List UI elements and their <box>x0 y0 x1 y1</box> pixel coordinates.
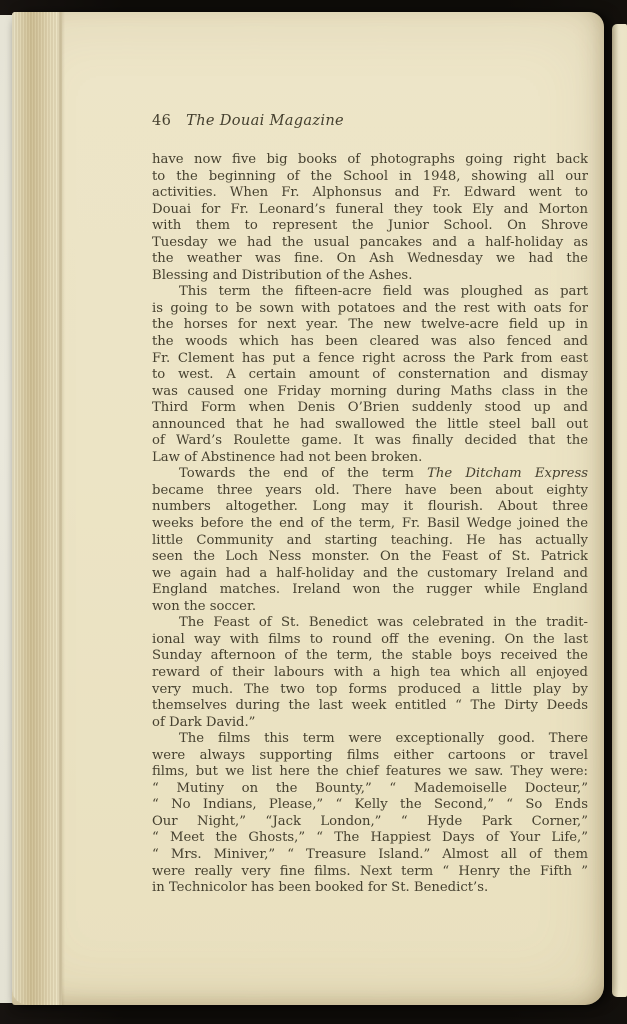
text-line: of Dark David.” <box>152 715 588 732</box>
text-line: ional way with films to round off the ev… <box>152 632 588 649</box>
text-line: activities. When Fr. Alphonsus and Fr. E… <box>152 185 588 202</box>
text-line: Fr. Clement has put a fence right across… <box>152 351 588 368</box>
text-line: England matches. Ireland won the rugger … <box>152 582 588 599</box>
text-line: the horses for next year. The new twelve… <box>152 317 588 334</box>
paragraph: The Feast of St. Benedict was celebrated… <box>152 615 588 731</box>
underlying-page-edge <box>612 24 627 997</box>
text-line: is going to be sown with potatoes and th… <box>152 301 588 318</box>
text-line: little Community and starting teaching. … <box>152 533 588 550</box>
text-line: themselves during the last week entitled… <box>152 698 588 715</box>
magazine-title: The Douai Magazine <box>186 112 344 129</box>
text-line: “ Mutiny on the Bounty,” “ Mademoiselle … <box>152 781 588 798</box>
text-line: in Technicolor has been booked for St. B… <box>152 880 588 897</box>
text-line: Douai for Fr. Leonard’s funeral they too… <box>152 202 588 219</box>
text-line: the woods which has been cleared was als… <box>152 334 588 351</box>
text-line: became three years old. There have been … <box>152 483 588 500</box>
text-line: The films this term were exceptionally g… <box>152 731 588 748</box>
text-line: Law of Abstinence had not been broken. <box>152 450 588 467</box>
text-line: won the soccer. <box>152 599 588 616</box>
text-line: of Ward’s Roulette game. It was finally … <box>152 433 588 450</box>
paragraph: have now five big books of photographs g… <box>152 152 588 284</box>
text-line: we again had a half-holiday and the cust… <box>152 566 588 583</box>
text-line: numbers altogether. Long may it flourish… <box>152 499 588 516</box>
page-number: 46 <box>152 112 171 129</box>
book-scan-photo: 46The Douai Magazine have now five big b… <box>0 0 627 1024</box>
text-line: “ No Indians, Please,” “ Kelly the Secon… <box>152 797 588 814</box>
text-line: This term the fifteen-acre field was plo… <box>152 284 588 301</box>
page-edges-stack <box>12 12 62 1005</box>
text-line: Blessing and Distribution of the Ashes. <box>152 268 588 285</box>
page-header: 46The Douai Magazine <box>152 112 588 130</box>
text-line: with them to represent the Junior School… <box>152 218 588 235</box>
paragraph: The films this term were exceptionally g… <box>152 731 588 896</box>
text-line: to the beginning of the School in 1948, … <box>152 169 588 186</box>
text-line: reward of their labours with a high tea … <box>152 665 588 682</box>
paragraph: Towards the end of the term The Ditcham … <box>152 466 588 615</box>
text-line: weeks before the end of the term, Fr. Ba… <box>152 516 588 533</box>
text-line: The Feast of St. Benedict was celebrated… <box>152 615 588 632</box>
text-line: Sunday afternoon of the term, the stable… <box>152 648 588 665</box>
text-line: the weather was fine. On Ash Wednesday w… <box>152 251 588 268</box>
text-line: “ Mrs. Miniver,” “ Treasure Island.” Alm… <box>152 847 588 864</box>
text-line: announced that he had swallowed the litt… <box>152 417 588 434</box>
text-line: Tuesday we had the usual pancakes and a … <box>152 235 588 252</box>
text-line: was caused one Friday morning during Mat… <box>152 384 588 401</box>
book-page: 46The Douai Magazine have now five big b… <box>12 12 604 1005</box>
text-line: “ Meet the Ghosts,” “ The Happiest Days … <box>152 830 588 847</box>
paragraph: This term the fifteen-acre field was plo… <box>152 284 588 466</box>
text-line: seen the Loch Ness monster. On the Feast… <box>152 549 588 566</box>
body-text: have now five big books of photographs g… <box>152 152 588 897</box>
text-line: very much. The two top forms produced a … <box>152 682 588 699</box>
text-line: Towards the end of the term The Ditcham … <box>152 466 588 483</box>
text-line: to west. A certain amount of consternati… <box>152 367 588 384</box>
text-line: Third Form when Denis O’Brien suddenly s… <box>152 400 588 417</box>
text-line: were really very fine films. Next term “… <box>152 864 588 881</box>
text-line: have now five big books of photographs g… <box>152 152 588 169</box>
page-content: 46The Douai Magazine have now five big b… <box>152 12 588 897</box>
text-line: Our Night,” “Jack London,” “ Hyde Park C… <box>152 814 588 831</box>
text-line: films, but we list here the chief featur… <box>152 764 588 781</box>
text-line: were always supporting films either cart… <box>152 748 588 765</box>
